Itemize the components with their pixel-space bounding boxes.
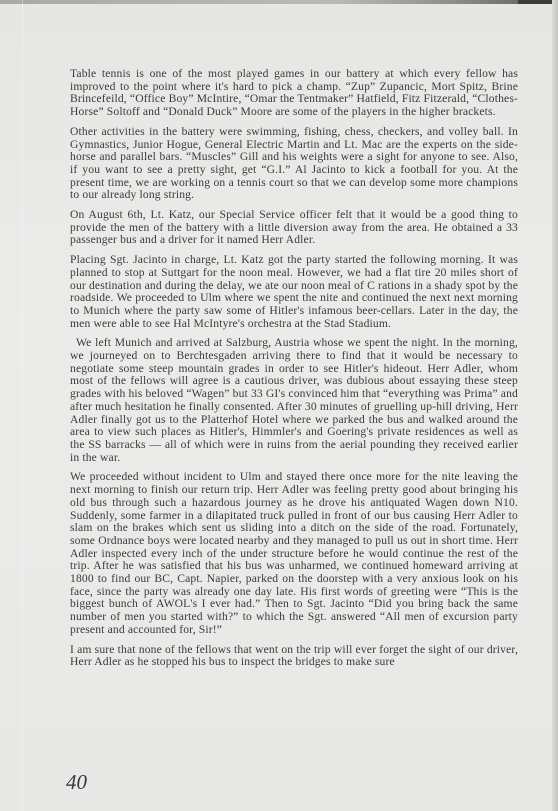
paragraph-other-activities: Other activities in the battery were swi… [70, 126, 518, 202]
paragraph-table-tennis: Table tennis is one of the most played g… [70, 68, 518, 119]
paragraph-party-started: Placing Sgt. Jacinto in charge, Lt. Katz… [70, 254, 518, 330]
paragraph-return-trip: We proceeded without incident to Ulm and… [70, 471, 518, 636]
page-fold-line [22, 0, 23, 811]
page-top-edge [0, 0, 558, 4]
document-page: Table tennis is one of the most played g… [0, 0, 558, 811]
paragraph-august-trip: On August 6th, Lt. Katz, our Special Ser… [70, 209, 518, 247]
body-text: Table tennis is one of the most played g… [70, 68, 518, 676]
page-number: 40 [66, 770, 87, 795]
paragraph-closing: I am sure that none of the fellows that … [70, 644, 518, 669]
page-right-edge [552, 0, 558, 811]
paragraph-salzburg: We left Munich and arrived at Salzburg, … [70, 337, 518, 464]
